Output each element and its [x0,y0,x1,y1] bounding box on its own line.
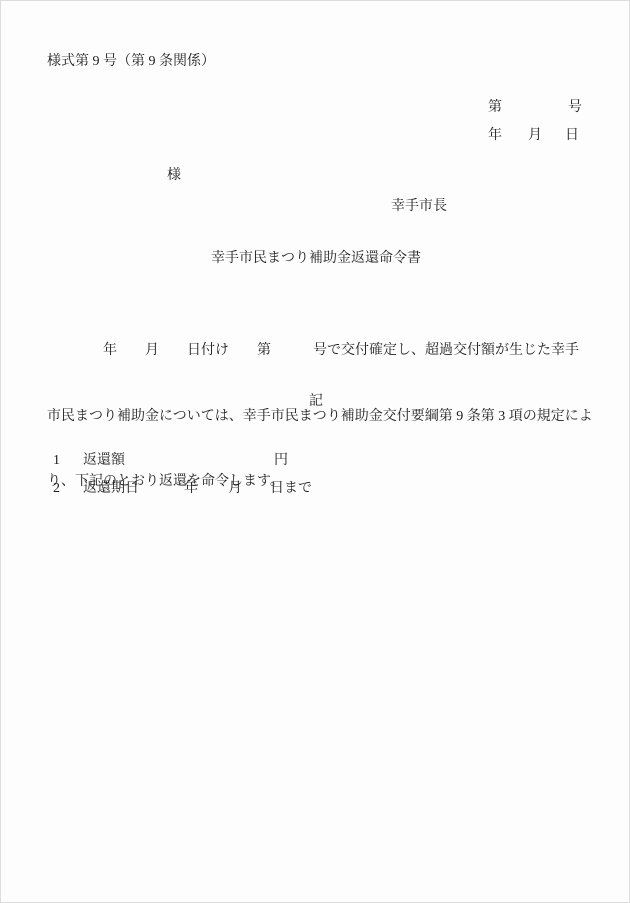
item-number: 2 [53,480,60,498]
due-date-year-label: 年 [184,480,198,498]
date-year-label: 年 [488,128,502,143]
note-heading: 記 [47,393,585,411]
sender-name: 幸手市長 [391,198,447,216]
date-day-label: 日 [565,128,579,143]
body-paragraph: 年 月 日付け 第 号で交付確定し、超過交付額が生じた幸手 市民まつり補助金につ… [47,306,593,539]
addressee-honorific: 様 [167,167,181,185]
date-month-label: 月 [528,128,542,143]
item-label-return-due-date: 返還期日 [83,480,139,498]
item-row-return-amount: 1 返還額 円 [1,452,630,471]
item-number: 1 [53,452,60,470]
body-line-2: 市民まつり補助金については、幸手市民まつり補助金交付要綱第 9 条第 3 項の規… [47,408,593,437]
item-unit-yen: 円 [274,452,288,470]
due-date-day-label: 日まで [270,480,312,498]
document-title: 幸手市民まつり補助金返還命令書 [47,250,585,268]
date-line: 年月日 [474,109,579,164]
form-number: 様式第 9 号（第 9 条関係） [47,53,215,71]
body-line-1: 年 月 日付け 第 号で交付確定し、超過交付額が生じた幸手 [47,342,593,371]
return-order-document-page: 様式第 9 号（第 9 条関係） 第号 年月日 様 幸手市長 幸手市民まつり補助… [0,0,630,903]
item-label-return-amount: 返還額 [83,452,125,470]
item-row-return-due-date: 2 返還期日 年 月 日まで [1,480,630,499]
due-date-month-label: 月 [228,480,242,498]
